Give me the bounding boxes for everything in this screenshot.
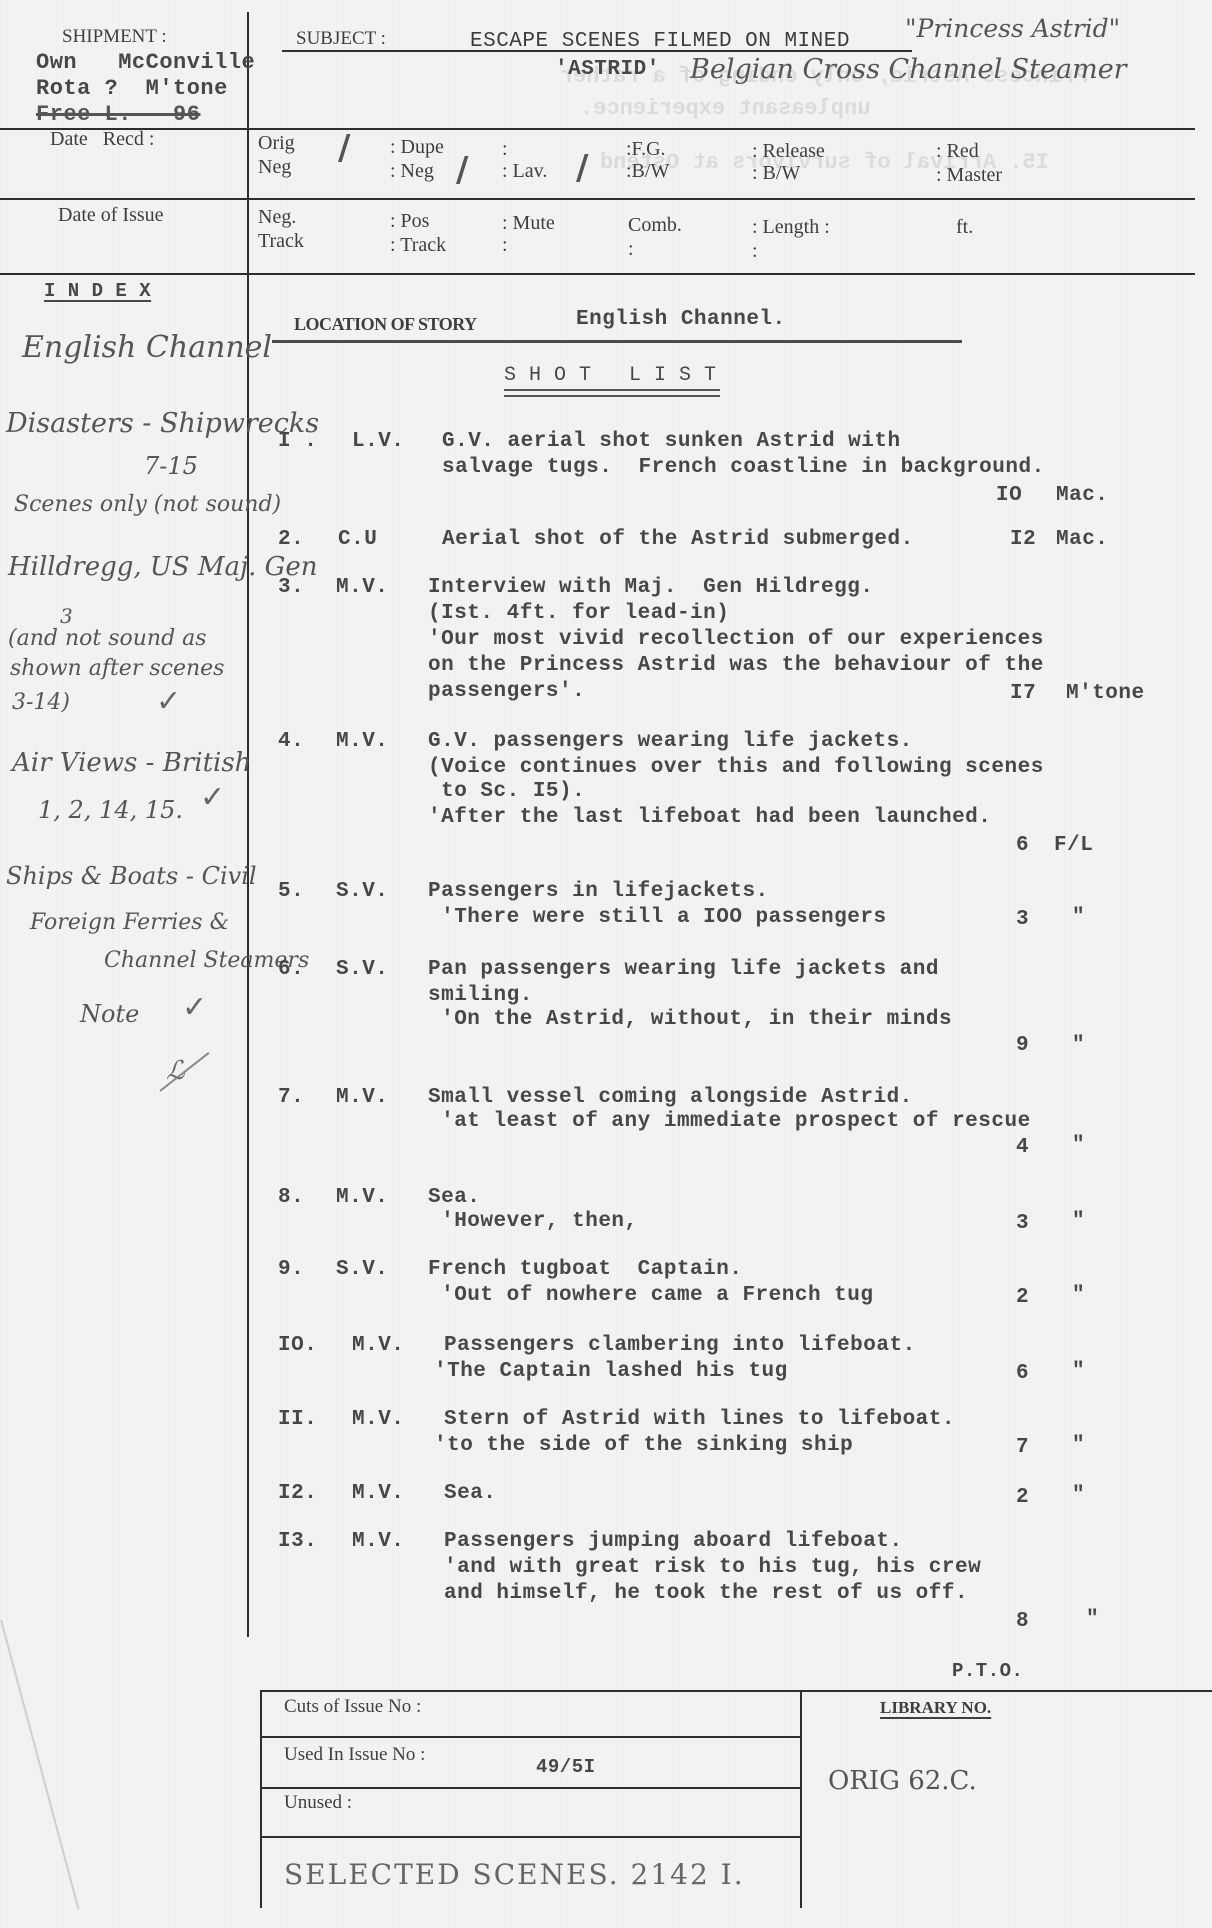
date-of-issue-label: Date of Issue	[58, 204, 164, 227]
shot-footage: IO	[996, 484, 1022, 507]
shot-unit: "	[1072, 1484, 1085, 1507]
shot-number: 3.	[278, 576, 304, 599]
shot-unit: Mac.	[1056, 484, 1108, 507]
shot-line: and himself, he took the rest of us off.	[444, 1582, 968, 1605]
shot-line: 'and with great risk to his tug, his cre…	[444, 1556, 981, 1579]
index-entry-shown-after: shown after scenes	[10, 656, 224, 681]
document-page: Princess Astrid, only ending of a rather…	[0, 0, 1212, 1928]
shot-unit: "	[1072, 1284, 1085, 1307]
unused-label: Unused :	[284, 1792, 352, 1814]
check-mark-icon: ✓	[156, 684, 181, 719]
shot-line: 'After the last lifeboat had been launch…	[428, 806, 991, 829]
shot-line: 'However, then,	[428, 1210, 638, 1233]
shot-number: I3.	[278, 1530, 317, 1553]
shot-line: G.V. aerial shot sunken Astrid with	[442, 430, 901, 453]
shot-line: Sea.	[444, 1482, 496, 1505]
release-bw-label-1: : Release	[752, 140, 825, 163]
pos-track-label-1: : Pos	[390, 210, 429, 233]
footer-left-rule	[260, 1690, 262, 1908]
shot-type: M.V.	[352, 1334, 404, 1357]
index-entry-range-3-14: 3-14)	[12, 690, 70, 715]
shot-line: on the Princess Astrid was the behaviour…	[428, 654, 1044, 677]
shot-footage: 8	[1016, 1610, 1029, 1633]
shot-footage: 2	[1016, 1486, 1029, 1509]
shot-footage: I7	[1010, 682, 1036, 705]
shot-type: S.V.	[336, 958, 388, 981]
shot-footage: 9	[1016, 1034, 1029, 1057]
used-in-issue-value: 49/5I	[536, 1756, 596, 1778]
subject-label: SUBJECT :	[296, 28, 386, 50]
shot-line: Stern of Astrid with lines to lifeboat.	[444, 1408, 955, 1431]
shot-unit: F/L	[1054, 834, 1093, 857]
shot-number: I .	[278, 430, 317, 453]
shot-list-underline-1	[504, 389, 720, 391]
pos-track-label-2: : Track	[390, 234, 446, 257]
shot-line: 'Out of nowhere came a French tug	[428, 1284, 873, 1307]
index-entry-hilldregg: Hilldregg, US Maj. Gen	[8, 552, 318, 582]
fg-bw-label-1: :F.G.	[626, 138, 666, 161]
shipment-line-2: Rota ? M'tone	[36, 76, 228, 101]
dupe-neg-label-2: : Neg	[390, 160, 434, 183]
shot-line: (Ist. 4ft. for lead-in)	[428, 602, 729, 625]
footer-rule-cuts	[260, 1736, 800, 1738]
orig-neg-check-mark: /	[338, 128, 350, 168]
shot-number: 6.	[278, 958, 304, 981]
release-bw-label-2: : B/W	[752, 162, 800, 185]
left-column-divider	[247, 12, 249, 1637]
bleed-through-line-2: unpleasant experience.	[580, 96, 870, 121]
shot-number: IO.	[278, 1334, 317, 1357]
shot-unit: Mac.	[1056, 528, 1108, 551]
shot-line: 'There were still a IOO passengers	[428, 906, 887, 929]
shot-line: Aerial shot of the Astrid submerged.	[442, 528, 914, 551]
mute-label-2: :	[502, 234, 508, 257]
shot-line: G.V. passengers wearing life jackets.	[428, 730, 913, 753]
library-no-value: ORIG 62.C.	[828, 1766, 977, 1796]
shot-footage: 2	[1016, 1286, 1029, 1309]
used-in-issue-label: Used In Issue No :	[284, 1744, 425, 1766]
index-entry-range-7-15: 7-15	[144, 452, 198, 480]
index-entry-disasters: Disasters - Shipwrecks	[6, 408, 319, 439]
index-entry-ships-boats: Ships & Boats - Civil	[6, 862, 257, 890]
shot-type: M.V.	[336, 730, 388, 753]
shot-line: smiling.	[428, 984, 533, 1007]
shot-line: 'Our most vivid recollection of our expe…	[428, 628, 1044, 651]
shot-line: to Sc. I5).	[428, 780, 585, 803]
footer-top-rule	[260, 1690, 1212, 1692]
footer-mid-rule	[800, 1690, 802, 1908]
shot-unit: M'tone	[1066, 682, 1145, 705]
index-entry-air-views: Air Views - British	[12, 748, 251, 778]
dupe-neg-check-mark: /	[456, 150, 468, 190]
shot-footage: I2	[1010, 528, 1036, 551]
shot-number: 5.	[278, 880, 304, 903]
shot-line: salvage tugs. French coastline in backgr…	[442, 456, 1045, 479]
orig-neg-label-2: Neg	[258, 156, 291, 179]
shot-line: Passengers jumping aboard lifeboat.	[444, 1530, 903, 1553]
index-entry-not-sound: (and not sound as	[8, 626, 207, 651]
shot-type: M.V.	[352, 1482, 404, 1505]
shot-list-title: S H O T L I S T	[504, 364, 717, 387]
lav-label-2: : Lav.	[502, 160, 547, 183]
shot-unit: "	[1072, 1434, 1085, 1457]
subject-handwritten: "Princess Astrid"	[905, 14, 1120, 43]
check-mark-icon: ✓	[182, 990, 207, 1025]
index-entry-foreign-ferries: Foreign Ferries &	[30, 910, 229, 935]
shot-line: Passengers in lifejackets.	[428, 880, 769, 903]
shot-number: 2.	[278, 528, 304, 551]
subject-line2-handwritten: Belgian Cross Channel Steamer	[690, 54, 1127, 85]
shot-type: M.V.	[336, 576, 388, 599]
lav-label-1: :	[502, 138, 508, 161]
shot-footage: 6	[1016, 834, 1029, 857]
shot-number: 8.	[278, 1186, 304, 1209]
header-rule-2	[0, 198, 1195, 200]
shot-footage: 7	[1016, 1436, 1029, 1459]
lav-check-mark: /	[576, 148, 588, 188]
length-label-2: :	[752, 240, 758, 263]
cuts-of-issue-label: Cuts of Issue No :	[284, 1696, 421, 1718]
shot-line: French tugboat Captain.	[428, 1258, 742, 1281]
shot-number: I2.	[278, 1482, 317, 1505]
index-entry-note: Note	[80, 1000, 139, 1028]
shot-line: 'to the side of the sinking ship	[434, 1434, 853, 1457]
index-entry-superscript-3: 3	[60, 604, 73, 628]
shot-unit: "	[1072, 1210, 1085, 1233]
footer-rule-unused	[260, 1836, 800, 1838]
shot-footage: 4	[1016, 1136, 1029, 1159]
shot-footage: 6	[1016, 1362, 1029, 1385]
comb-label-1: Comb.	[628, 214, 682, 237]
shot-line: Pan passengers wearing life jackets and	[428, 958, 939, 981]
shot-type: L.V.	[352, 430, 404, 453]
length-unit-ft: ft.	[956, 216, 973, 239]
library-no-label: LIBRARY NO.	[880, 1698, 991, 1718]
shot-footage: 3	[1016, 1212, 1029, 1235]
neg-track-label-2: Track	[258, 230, 304, 253]
shot-list-underline-2	[504, 395, 720, 397]
shot-type: M.V.	[352, 1408, 404, 1431]
check-mark-icon: ✓	[200, 780, 225, 815]
pto-note: P.T.O.	[952, 1660, 1023, 1682]
shot-number: 7.	[278, 1086, 304, 1109]
header-rule-1	[0, 128, 1195, 130]
index-entry-scenes-only: Scenes only (not sound)	[14, 492, 281, 517]
location-label: LOCATION OF STORY	[294, 314, 477, 335]
shot-unit: "	[1086, 1608, 1099, 1631]
shot-unit: "	[1072, 1360, 1085, 1383]
orig-neg-label-1: Orig	[258, 132, 295, 155]
torn-paper-edge	[0, 1619, 80, 1909]
shot-type: M.V.	[336, 1086, 388, 1109]
shot-line: passengers'.	[428, 680, 585, 703]
comb-label-2: :	[628, 238, 634, 261]
shot-type: C.U	[338, 528, 377, 551]
footer-rule-used	[260, 1787, 800, 1789]
shot-number: 4.	[278, 730, 304, 753]
red-master-label-1: : Red	[936, 140, 979, 163]
red-master-label-2: : Master	[936, 164, 1002, 187]
shipment-line-3-struck: Free L. 96	[36, 102, 200, 127]
shipment-label: SHIPMENT :	[62, 26, 167, 48]
location-underline	[272, 340, 962, 343]
shot-type: S.V.	[336, 1258, 388, 1281]
fg-bw-label-2: :B/W	[626, 160, 669, 183]
length-label-1: : Length :	[752, 216, 830, 239]
dupe-neg-label-1: : Dupe	[390, 136, 444, 159]
neg-track-label-1: Neg.	[258, 206, 296, 229]
shot-type: S.V.	[336, 880, 388, 903]
shipment-line-1: Own McConville	[36, 50, 255, 75]
shot-line: 'at least of any immediate prospect of r…	[428, 1110, 1031, 1133]
subject-typed: ESCAPE SCENES FILMED ON MINED	[470, 30, 850, 53]
shot-footage: 3	[1016, 908, 1029, 931]
shot-line: Sea.	[428, 1186, 480, 1209]
index-entry-english-channel: English Channel	[22, 330, 272, 365]
date-recd-label: Date Recd :	[50, 128, 154, 151]
shot-line: Passengers clambering into lifeboat.	[444, 1334, 916, 1357]
shot-unit: "	[1072, 906, 1085, 929]
header-rule-3	[0, 273, 1195, 275]
shot-line: Small vessel coming alongside Astrid.	[428, 1086, 913, 1109]
shot-type: M.V.	[336, 1186, 388, 1209]
shot-type: M.V.	[352, 1530, 404, 1553]
location-value: English Channel.	[576, 308, 786, 331]
index-entry-air-scenes: 1, 2, 14, 15.	[38, 796, 183, 824]
selected-scenes-note: SELECTED SCENES. 2142 I.	[284, 1858, 745, 1891]
index-title: I N D E X	[44, 280, 151, 302]
mute-label-1: : Mute	[502, 212, 555, 235]
shot-number: 9.	[278, 1258, 304, 1281]
shot-line: Interview with Maj. Gen Hildregg.	[428, 576, 873, 599]
subject-line2-typed: 'ASTRID'	[555, 58, 660, 81]
shot-unit: "	[1072, 1134, 1085, 1157]
shot-unit: "	[1072, 1034, 1085, 1057]
shot-line: 'The Captain lashed his tug	[434, 1360, 788, 1383]
shot-line: 'On the Astrid, without, in their minds	[428, 1008, 952, 1031]
shot-line: (Voice continues over this and following…	[428, 756, 1044, 779]
shot-number: II.	[278, 1408, 317, 1431]
